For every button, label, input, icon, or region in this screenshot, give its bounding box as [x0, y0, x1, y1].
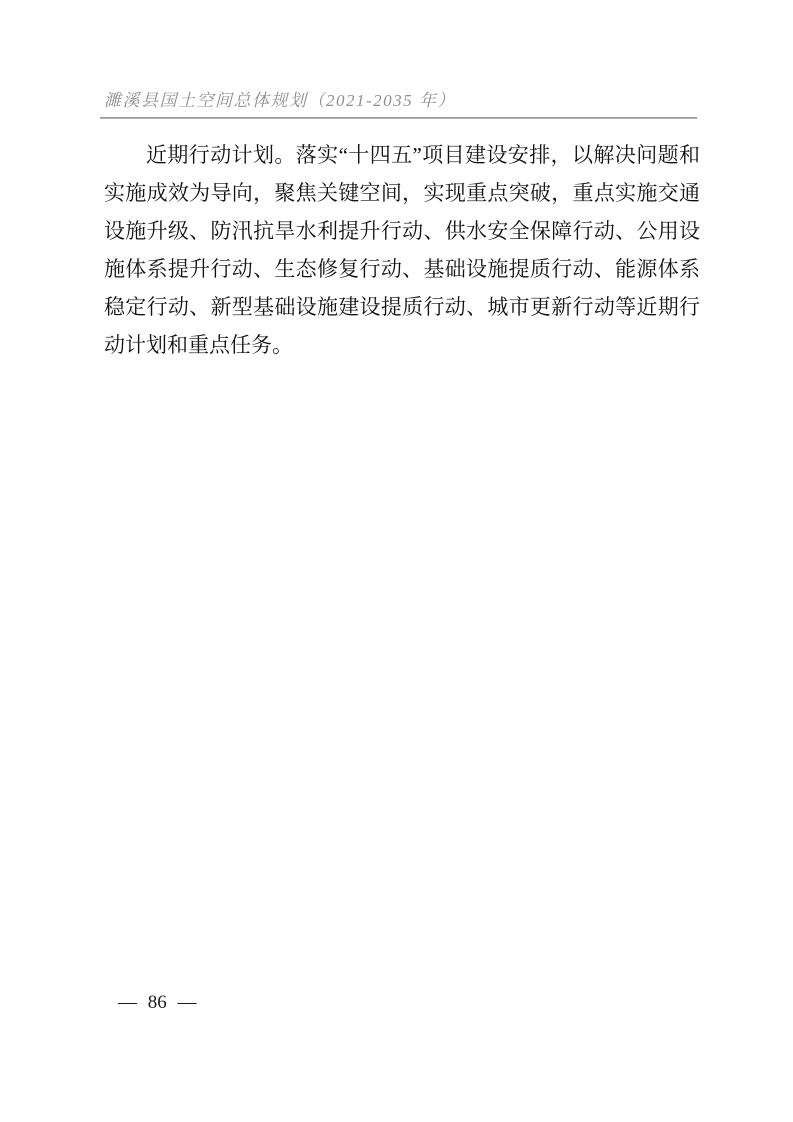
header-rule: [100, 117, 697, 119]
body-paragraph: 近期行动计划。落实“十四五”项目建设安排，以解决问题和实施成效为导向，聚焦关键空…: [104, 136, 700, 364]
running-header: 濉溪县国土空间总体规划（2021-2035 年）: [104, 90, 700, 112]
page-number: — 86 —: [118, 991, 197, 1015]
document-page: 濉溪县国土空间总体规划（2021-2035 年） 近期行动计划。落实“十四五”项…: [0, 0, 793, 1122]
body-content: 近期行动计划。落实“十四五”项目建设安排，以解决问题和实施成效为导向，聚焦关键空…: [104, 136, 700, 364]
header-title: 濉溪县国土空间总体规划（2021-2035 年）: [104, 90, 700, 112]
